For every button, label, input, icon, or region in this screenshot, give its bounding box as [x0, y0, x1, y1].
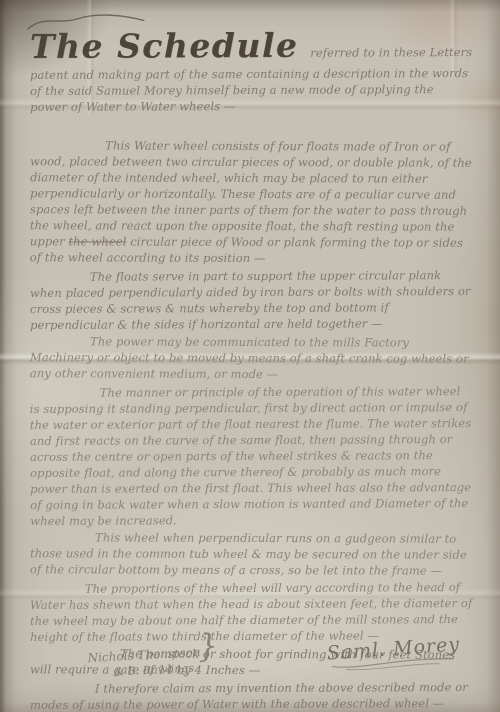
paragraph-6: The proportions of the wheel will vary a…	[30, 579, 474, 645]
paragraph-4: The manner or principle of the operation…	[30, 383, 475, 529]
document-body: The Schedule referred to in these Letter…	[30, 26, 474, 712]
document-page: The Schedule referred to in these Letter…	[0, 0, 500, 712]
signature-section: Nichols Thompson & B. Rawlings } Saml. M…	[30, 648, 474, 678]
header-paragraph: The Schedule referred to in these Letter…	[30, 25, 474, 115]
paragraph-2: The floats serve in part to support the …	[30, 267, 474, 333]
pen-flourish-icon	[26, 10, 146, 33]
struck-words: the wheel	[69, 234, 127, 248]
witness-name-2: & B. Rawlings	[114, 660, 202, 680]
paragraph-5: This wheel when perpendicular runs on a …	[30, 529, 474, 579]
paragraph-8: I therefore claim as my invention the ab…	[30, 679, 474, 712]
paragraph-1: This Water wheel consists of four floats…	[30, 137, 474, 267]
witness-signatures: Nichols Thompson & B. Rawlings }	[87, 645, 201, 681]
paragraph-3: The power may be communicated to the mil…	[30, 333, 474, 383]
paragraph-1-text-a: This Water wheel consists of four floats…	[30, 138, 472, 248]
witness-brace: }	[197, 638, 218, 654]
